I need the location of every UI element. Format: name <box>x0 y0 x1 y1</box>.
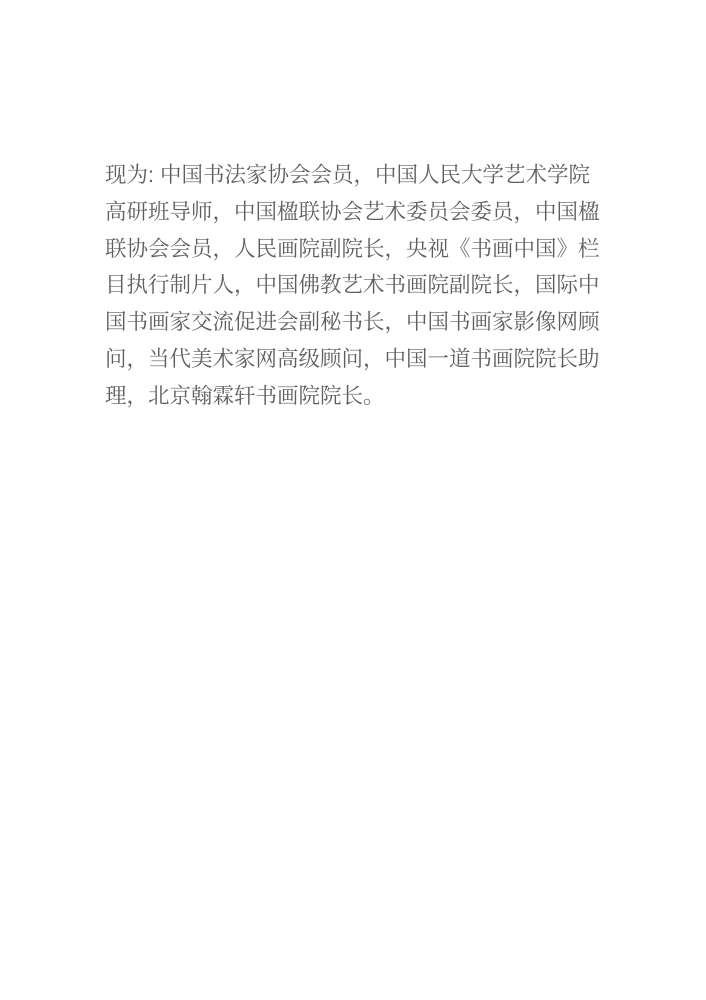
bio-line: 目执行制片人，中国佛教艺术书画院副院长，国际中 <box>105 267 625 304</box>
bio-line: 联协会会员，人民画院副院长，央视《书画中国》栏 <box>105 231 625 268</box>
bio-paragraph: 现为: 中国书法家协会会员，中国人民大学艺术学院 高研班导师，中国楹联协会艺术委… <box>105 157 625 415</box>
bio-line: 现为: 中国书法家协会会员，中国人民大学艺术学院 <box>105 157 625 194</box>
document-page: 现为: 中国书法家协会会员，中国人民大学艺术学院 高研班导师，中国楹联协会艺术委… <box>0 0 706 1000</box>
bio-line: 问，当代美术家网高级顾问，中国一道书画院院长助 <box>105 341 625 378</box>
bio-line: 理，北京翰霖轩书画院院长。 <box>105 378 625 415</box>
bio-line: 国书画家交流促进会副秘书长，中国书画家影像网顾 <box>105 304 625 341</box>
bio-line: 高研班导师，中国楹联协会艺术委员会委员，中国楹 <box>105 194 625 231</box>
